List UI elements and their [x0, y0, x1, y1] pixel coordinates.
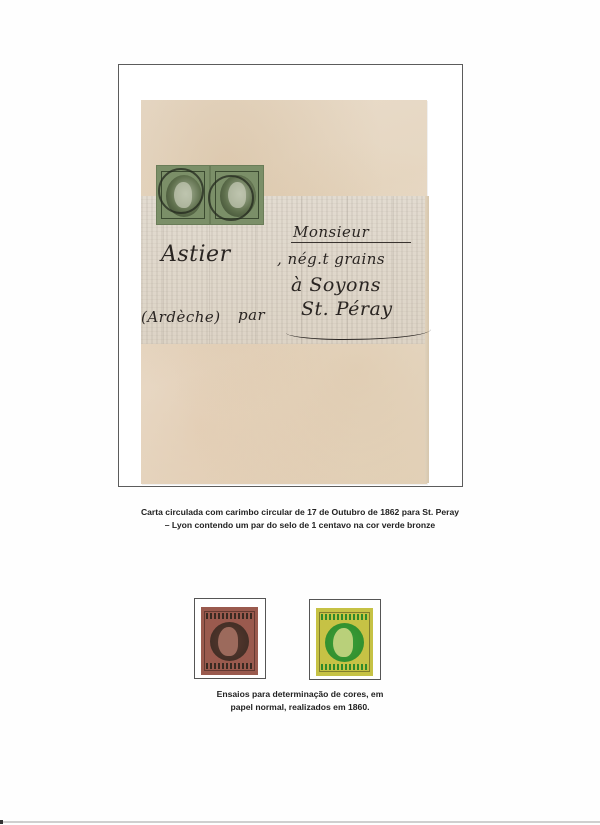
essay-portrait — [218, 627, 238, 656]
album-page: Monsieur Astier , nég.t grains à Soyons … — [0, 0, 600, 825]
essay-stamp-brown — [201, 607, 258, 675]
letter-fold-edge — [425, 196, 429, 483]
cover-caption: Carta circulada com carimbo circular de … — [0, 506, 600, 532]
circular-postmark — [208, 175, 254, 221]
address-via-label: par — [238, 306, 265, 324]
address-via-town: St. Péray — [301, 298, 393, 320]
address-title: , nég.t grains — [277, 250, 385, 268]
essay-stamp-green — [316, 608, 373, 676]
page-bottom-rule — [0, 821, 600, 823]
address-region: (Ardèche) — [141, 308, 221, 326]
address-city: à Soyons — [291, 274, 381, 296]
essay-portrait — [333, 628, 353, 657]
address-name: Astier — [161, 242, 231, 267]
circular-postmark — [158, 168, 204, 214]
address-salutation: Monsieur — [293, 223, 369, 241]
folded-letter-cover: Monsieur Astier , nég.t grains à Soyons … — [141, 100, 427, 484]
essays-caption: Ensaios para determinação de cores, em p… — [0, 688, 600, 714]
essay-frame-brown — [194, 598, 266, 679]
cover-frame: Monsieur Astier , nég.t grains à Soyons … — [118, 64, 463, 487]
essay-frame-green — [309, 599, 381, 680]
stamp-pair — [156, 165, 264, 225]
